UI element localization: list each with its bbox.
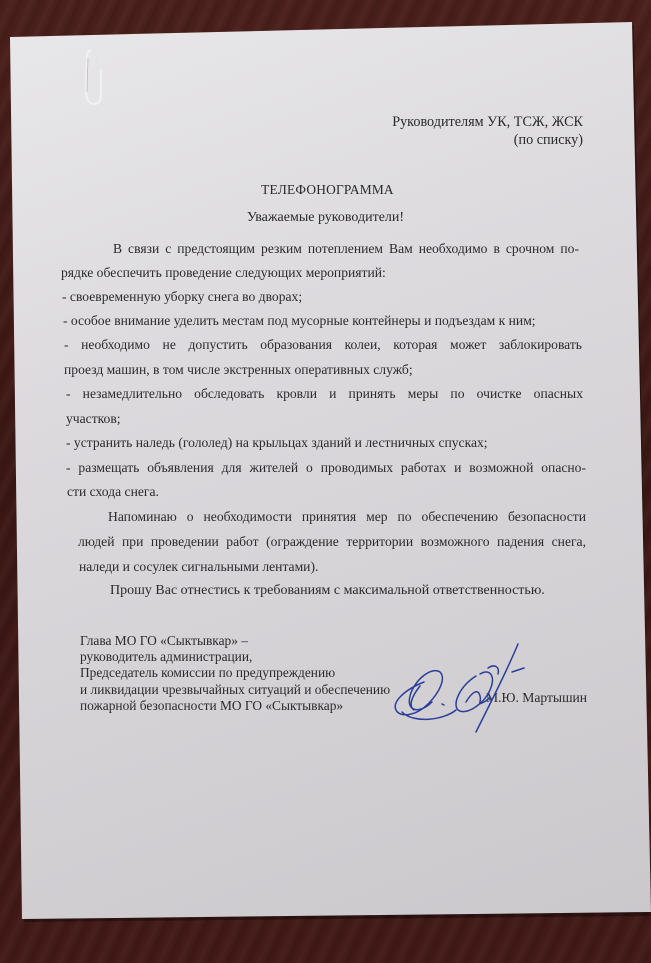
- document-title: ТЕЛЕФОНОГРАММА: [2, 183, 651, 196]
- intro-paragraph-line-1: В связи с предстоящим резким потеплением…: [113, 242, 579, 256]
- list-item: - необходимо не допустить образования ко…: [64, 338, 582, 352]
- signatory-title-line: и ликвидации чрезвычайных ситуаций и обе…: [80, 682, 390, 698]
- signatory-title-line: Глава МО ГО «Сыктывкар» –: [80, 633, 390, 649]
- list-item-continuation: участков;: [66, 412, 121, 426]
- greeting: Уважаемые руководители!: [0, 211, 651, 225]
- telephonogram-document: Руководителям УК, ТСЖ, ЖСК (по списку) Т…: [0, 0, 651, 963]
- list-item: - размещать объявления для жителей о про…: [66, 461, 586, 475]
- signatory-title-line: Председатель комиссии по предупреждению: [80, 665, 390, 681]
- handwritten-signature: [384, 640, 544, 750]
- intro-paragraph-line-2: рядке обеспечить проведение следующих ме…: [61, 266, 386, 280]
- signatory-title-line: руководитель администрации,: [80, 649, 390, 665]
- list-item-continuation: сти схода снега.: [67, 485, 159, 499]
- list-item-continuation: проезд машин, в том числе экстренных опе…: [64, 363, 413, 377]
- signatory-title-block: Глава МО ГО «Сыктывкар» – руководитель а…: [80, 633, 390, 714]
- list-item: - своевременную уборку снега во дворах;: [62, 290, 302, 304]
- signatory-title-line: пожарной безопасности МО ГО «Сыктывкар»: [80, 698, 390, 714]
- list-item: - особое внимание уделить местам под мус…: [63, 314, 536, 328]
- reminder-paragraph-line-3: наледи и сосулек сигнальными лентами).: [79, 560, 318, 574]
- list-item: - незамедлительно обследовать кровли и п…: [66, 387, 583, 401]
- reminder-paragraph-line-1: Напоминаю о необходимости принятия мер п…: [108, 510, 586, 524]
- reminder-paragraph-line-2: людей при проведении работ (ограждение т…: [78, 535, 586, 549]
- recipient-list-note: (по списку): [514, 133, 583, 147]
- closing-request: Прошу Вас отнестись к требованиям с макс…: [110, 584, 545, 598]
- list-item: - устранить наледь (гололед) на крыльцах…: [66, 436, 488, 450]
- recipient-line: Руководителям УК, ТСЖ, ЖСК: [392, 115, 583, 129]
